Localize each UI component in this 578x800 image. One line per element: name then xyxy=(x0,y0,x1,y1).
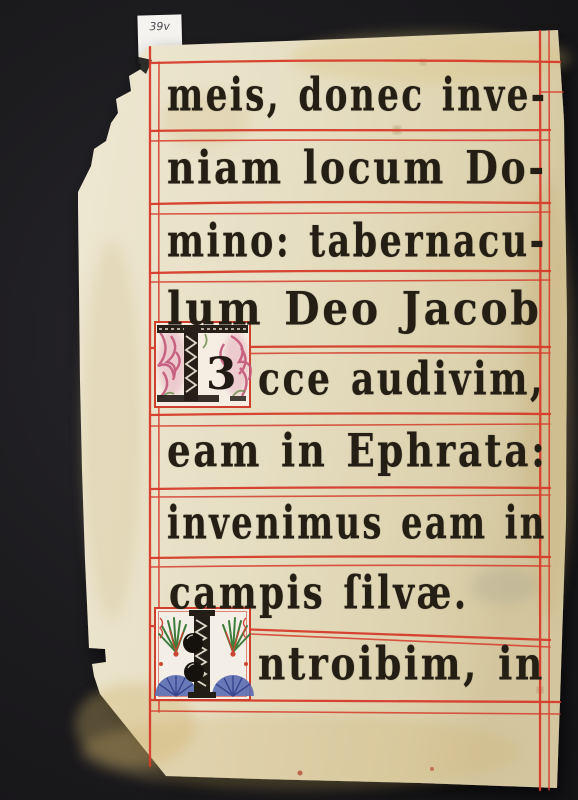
text-line-5: cce audivim, xyxy=(258,357,545,403)
text-line-1: meis, donec inve- xyxy=(167,73,547,119)
text-line-8: campis ſilvæ. xyxy=(169,571,469,617)
text-line-4: lum Deo Jacob xyxy=(167,287,542,333)
text-line-2: niam locum Do- xyxy=(167,146,547,192)
initial-e-center-glyph: 3 xyxy=(206,349,237,400)
text-line-7: invenimus eam in xyxy=(167,501,547,547)
text-line-9: ntroibim, in xyxy=(258,642,545,688)
manuscript-photo: 39v xyxy=(0,0,578,800)
text-line-6: eam in Ephrata: xyxy=(167,429,547,475)
text-line-3: mino: tabernacu- xyxy=(167,219,547,265)
initial-i-block xyxy=(155,608,254,700)
